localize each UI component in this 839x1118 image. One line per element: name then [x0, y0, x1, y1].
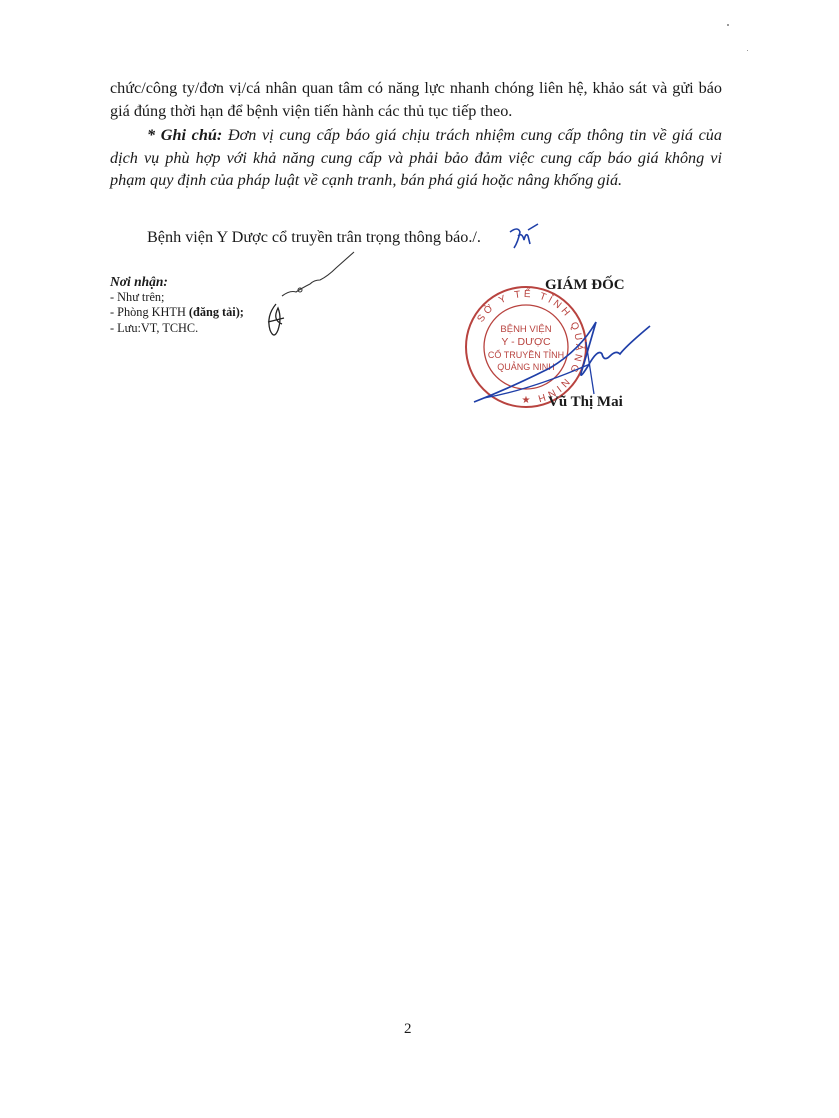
scan-speck [747, 50, 748, 51]
paragraph-note: * Ghi chú: Đơn vị cung cấp báo giá chịu … [110, 124, 722, 192]
note-label: * Ghi chú: [147, 126, 222, 144]
paragraph-text: chức/công ty/đơn vị/cá nhân quan tâm có … [110, 79, 722, 120]
recipients-heading: Nơi nhận: [110, 274, 244, 290]
signer-name: Vũ Thị Mai [548, 394, 623, 411]
recipient-text: - Như trên; [110, 290, 164, 304]
closing-text: Bệnh viện Y Dược cổ truyền trân trọng th… [147, 228, 481, 246]
recipient-text: - Lưu:VT, TCHC. [110, 321, 198, 335]
recipient-item: - Như trên; [110, 290, 244, 306]
signature-stroke [280, 250, 360, 300]
initial-mark [262, 300, 290, 342]
initials-mark [508, 222, 540, 256]
recipient-item: - Phòng KHTH (đăng tải); [110, 305, 244, 321]
scan-speck [727, 24, 729, 26]
paragraph-invitation: chức/công ty/đơn vị/cá nhân quan tâm có … [110, 77, 722, 122]
document-page: chức/công ty/đơn vị/cá nhân quan tâm có … [0, 0, 839, 1118]
recipient-item: - Lưu:VT, TCHC. [110, 321, 244, 337]
recipient-note: (đăng tải); [189, 305, 244, 319]
recipients-block: Nơi nhận: - Như trên; - Phòng KHTH (đăng… [110, 274, 244, 336]
recipient-text: - Phòng KHTH [110, 305, 189, 319]
page-number: 2 [404, 1021, 412, 1038]
